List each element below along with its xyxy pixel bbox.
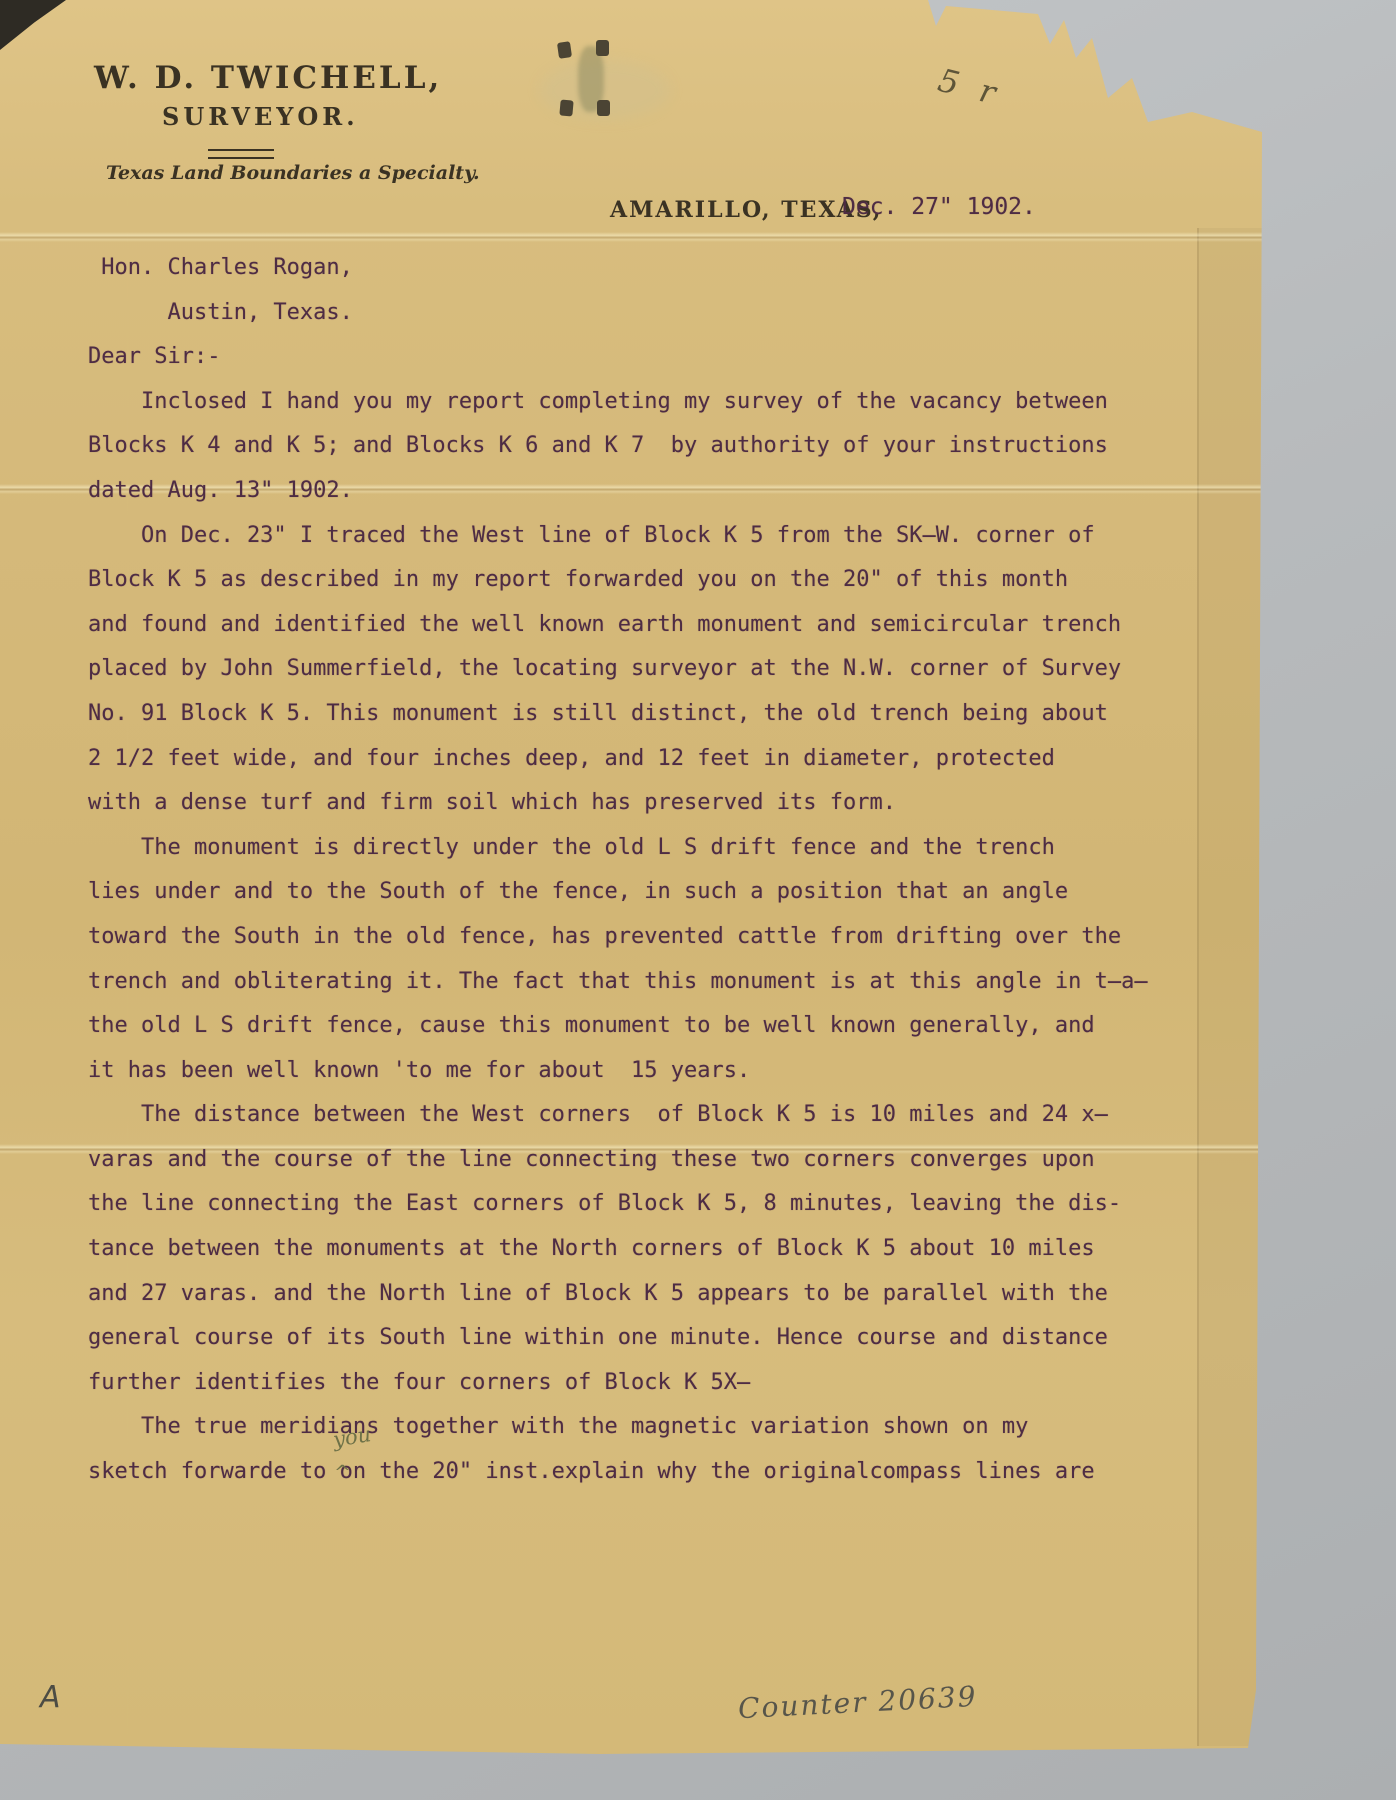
letter-line: trench and obliterating it. The fact tha… <box>88 960 1200 1005</box>
letter-line: The true meridians together with the mag… <box>88 1405 1200 1450</box>
dateline-date: Dec. 27" 1902. <box>842 194 1036 220</box>
letter-line: No. 91 Block K 5. This monument is still… <box>88 692 1200 737</box>
letter-line: with a dense turf and firm soil which ha… <box>88 781 1200 826</box>
letter-line: Hon. Charles Rogan, <box>88 246 1200 291</box>
letter-line: varas and the course of the line connect… <box>88 1138 1200 1183</box>
letterhead-divider-rule <box>208 149 274 159</box>
staple-hole <box>559 99 573 116</box>
letter-line: Block K 5 as described in my report forw… <box>88 558 1200 603</box>
letter-line: 2 1/2 feet wide, and four inches deep, a… <box>88 737 1200 782</box>
letterhead-tagline: Texas Land Boundaries a Specialty. <box>106 162 480 184</box>
letter-line: placed by John Summerfield, the locating… <box>88 647 1200 692</box>
handwritten-counter-number: Counter 20639 <box>737 1680 978 1725</box>
handwritten-top-right-mark: 5 r <box>934 61 1005 113</box>
staple-hole <box>596 40 609 56</box>
letter-line: tance between the monuments at the North… <box>88 1227 1200 1272</box>
handwritten-insert-caret: ^ <box>334 1460 351 1484</box>
letter-line: Dear Sir:- <box>88 335 1200 380</box>
letter-line: The distance between the West corners of… <box>88 1093 1200 1138</box>
fold-crease <box>0 232 1272 242</box>
letter-line: dated Aug. 13" 1902. <box>88 469 1200 514</box>
letter-body: Hon. Charles Rogan, Austin, Texas.Dear S… <box>88 246 1200 1495</box>
letter-line: sketch forwarde to on the 20" inst.expla… <box>88 1450 1200 1495</box>
scanned-letter-page: W. D. TWICHELL, SURVEYOR. Texas Land Bou… <box>0 0 1396 1800</box>
letter-line: The monument is directly under the old L… <box>88 826 1200 871</box>
letter-line: the line connecting the East corners of … <box>88 1182 1200 1227</box>
letter-line: and 27 varas. and the North line of Bloc… <box>88 1272 1200 1317</box>
letter-line: and found and identified the well known … <box>88 603 1200 648</box>
letter-line: Inclosed I hand you my report completing… <box>88 380 1200 425</box>
letterhead-name: W. D. TWICHELL, <box>94 60 442 96</box>
underlying-page-edge <box>1199 228 1272 1746</box>
letter-line: On Dec. 23" I traced the West line of Bl… <box>88 514 1200 559</box>
letterhead-title: SURVEYOR. <box>162 102 359 131</box>
handwritten-page-letter: A <box>40 1680 61 1715</box>
letter-paper: W. D. TWICHELL, SURVEYOR. Texas Land Bou… <box>0 0 1272 1756</box>
letter-line: toward the South in the old fence, has p… <box>88 915 1200 960</box>
letter-line: the old L S drift fence, cause this monu… <box>88 1004 1200 1049</box>
staple-hole <box>597 100 610 116</box>
letter-line: general course of its South line within … <box>88 1316 1200 1361</box>
letter-line: further identifies the four corners of B… <box>88 1361 1200 1406</box>
letter-line: it has been well known 'to me for about … <box>88 1049 1200 1094</box>
letter-line: Austin, Texas. <box>88 291 1200 336</box>
staple-hole <box>557 41 572 59</box>
letter-line: lies under and to the South of the fence… <box>88 870 1200 915</box>
letter-line: Blocks K 4 and K 5; and Blocks K 6 and K… <box>88 424 1200 469</box>
